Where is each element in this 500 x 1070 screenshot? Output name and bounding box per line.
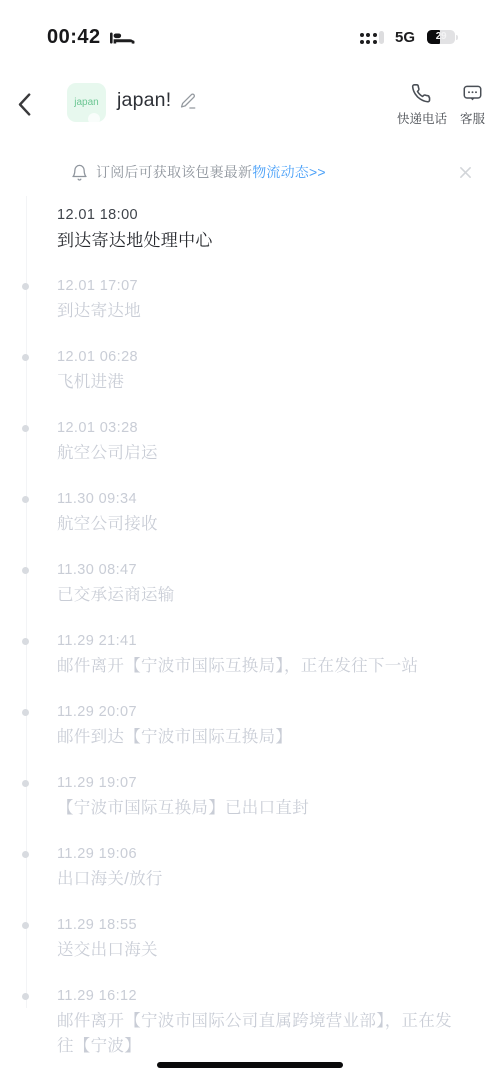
timeline-entry: 12.01 03:28 航空公司启运 xyxy=(57,418,464,466)
battery-icon: 29 xyxy=(427,30,455,44)
timeline-entry-desc: 到达寄达地 xyxy=(57,299,464,324)
timeline-entry-desc: 已交承运商运输 xyxy=(57,583,464,608)
edit-title-button[interactable] xyxy=(179,92,197,110)
timeline-entry: 11.30 09:34 航空公司接收 xyxy=(57,489,464,537)
status-time: 00:42 xyxy=(47,26,101,49)
timeline-entry-time: 12.01 17:07 xyxy=(57,276,464,296)
banner-text: 订阅后可获取该包裹最新物流动态>> xyxy=(96,162,326,182)
timeline-dot-icon xyxy=(22,354,29,361)
tracking-screen: 00:42 5G 29 xyxy=(0,0,500,1070)
timeline-dot-icon xyxy=(22,496,29,503)
home-indicator[interactable] xyxy=(157,1062,343,1068)
banner-text-gray: 订阅后可获取该包裹最新 xyxy=(96,164,252,180)
timeline-entry: 11.30 08:47 已交承运商运输 xyxy=(57,560,464,608)
timeline-entry-time: 11.29 19:06 xyxy=(57,844,464,864)
timeline-entry-desc: 到达寄达地处理中心 xyxy=(57,228,464,253)
bed-icon xyxy=(110,29,135,45)
timeline-entry: 12.01 17:07 到达寄达地 xyxy=(57,276,464,324)
timeline-entry-time: 11.30 08:47 xyxy=(57,560,464,580)
courier-phone-button[interactable]: 快递电话 xyxy=(397,83,447,127)
timeline-entry-time: 12.01 18:00 xyxy=(57,205,464,225)
timeline-entry-desc: 邮件到达【宁波市国际互换局】 xyxy=(57,725,464,750)
timeline-dot-icon xyxy=(22,993,29,1000)
timeline-dot-icon xyxy=(22,638,29,645)
timeline-entry-time: 11.29 20:07 xyxy=(57,702,464,722)
timeline-dot-icon xyxy=(22,780,29,787)
timeline-dot-icon xyxy=(22,922,29,929)
timeline-entry-time: 12.01 03:28 xyxy=(57,418,464,438)
pencil-icon xyxy=(179,92,197,110)
avatar: japan xyxy=(67,83,106,122)
battery-percent: 29 xyxy=(427,30,455,44)
timeline-entry: 11.29 21:41 邮件离开【宁波市国际互换局】，正在发往下一站 xyxy=(57,631,464,679)
close-icon xyxy=(459,166,472,179)
timeline-entry-time: 11.29 16:12 xyxy=(57,986,464,1006)
timeline-entry: 11.29 19:07 【宁波市国际互换局】已出口直封 xyxy=(57,773,464,821)
status-bar: 00:42 5G 29 xyxy=(0,0,500,56)
bell-icon xyxy=(71,163,88,182)
timeline-entry: 11.29 20:07 邮件到达【宁波市国际互换局】 xyxy=(57,702,464,750)
customer-service-button[interactable]: 客服 xyxy=(460,83,485,127)
chat-bubble-icon xyxy=(462,83,483,104)
timeline-entry: 12.01 18:00 到达寄达地处理中心 xyxy=(57,205,464,253)
customer-service-label: 客服 xyxy=(460,109,485,127)
timeline-dot-icon xyxy=(22,425,29,432)
timeline-entry-time: 11.29 18:55 xyxy=(57,915,464,935)
timeline-entry: 11.29 18:55 送交出口海关 xyxy=(57,915,464,963)
timeline-line xyxy=(26,196,27,1008)
page-title: japan! xyxy=(117,89,171,112)
timeline-dot-icon xyxy=(22,851,29,858)
timeline-entry-desc: 航空公司启运 xyxy=(57,441,464,466)
timeline-entry-time: 11.30 09:34 xyxy=(57,489,464,509)
timeline-entry: 11.29 19:06 出口海关/放行 xyxy=(57,844,464,892)
subscribe-banner[interactable]: 订阅后可获取该包裹最新物流动态>> xyxy=(0,152,500,192)
back-button[interactable] xyxy=(18,92,34,116)
timeline-entry-time: 12.01 06:28 xyxy=(57,347,464,367)
phone-icon xyxy=(411,83,432,104)
banner-close-button[interactable] xyxy=(457,164,473,180)
timeline-entry-desc: 出口海关/放行 xyxy=(57,867,464,892)
timeline-entry: 11.29 16:12 邮件离开【宁波市国际公司直属跨境营业部】，正在发往【宁波… xyxy=(57,986,464,1059)
courier-phone-label: 快递电话 xyxy=(397,109,447,127)
timeline-entry-desc: 送交出口海关 xyxy=(57,938,464,963)
timeline-entry-time: 11.29 21:41 xyxy=(57,631,464,651)
timeline: 12.01 18:00 到达寄达地处理中心 12.01 17:07 到达寄达地 … xyxy=(0,196,500,1070)
timeline-entry-desc: 邮件离开【宁波市国际公司直属跨境营业部】，正在发往【宁波】 xyxy=(57,1009,464,1059)
timeline-entry-desc: 航空公司接收 xyxy=(57,512,464,537)
timeline-entry-time: 11.29 19:07 xyxy=(57,773,464,793)
chevron-left-icon xyxy=(18,93,31,116)
timeline-dot-icon xyxy=(22,567,29,574)
avatar-label: japan xyxy=(74,97,98,108)
banner-logistics-link[interactable]: 物流动态>> xyxy=(252,164,326,180)
header: japan japan! 快递电话 xyxy=(0,78,500,130)
timeline-dot-icon xyxy=(22,709,29,716)
network-type: 5G xyxy=(395,29,415,46)
timeline-dot-icon xyxy=(22,283,29,290)
signal-dots-icon xyxy=(360,31,384,44)
header-actions: 快递电话 客服 xyxy=(397,83,485,127)
timeline-entry-desc: 【宁波市国际互换局】已出口直封 xyxy=(57,796,464,821)
timeline-entry-desc: 邮件离开【宁波市国际互换局】，正在发往下一站 xyxy=(57,654,464,679)
timeline-entry: 12.01 06:28 飞机进港 xyxy=(57,347,464,395)
timeline-entry-desc: 飞机进港 xyxy=(57,370,464,395)
